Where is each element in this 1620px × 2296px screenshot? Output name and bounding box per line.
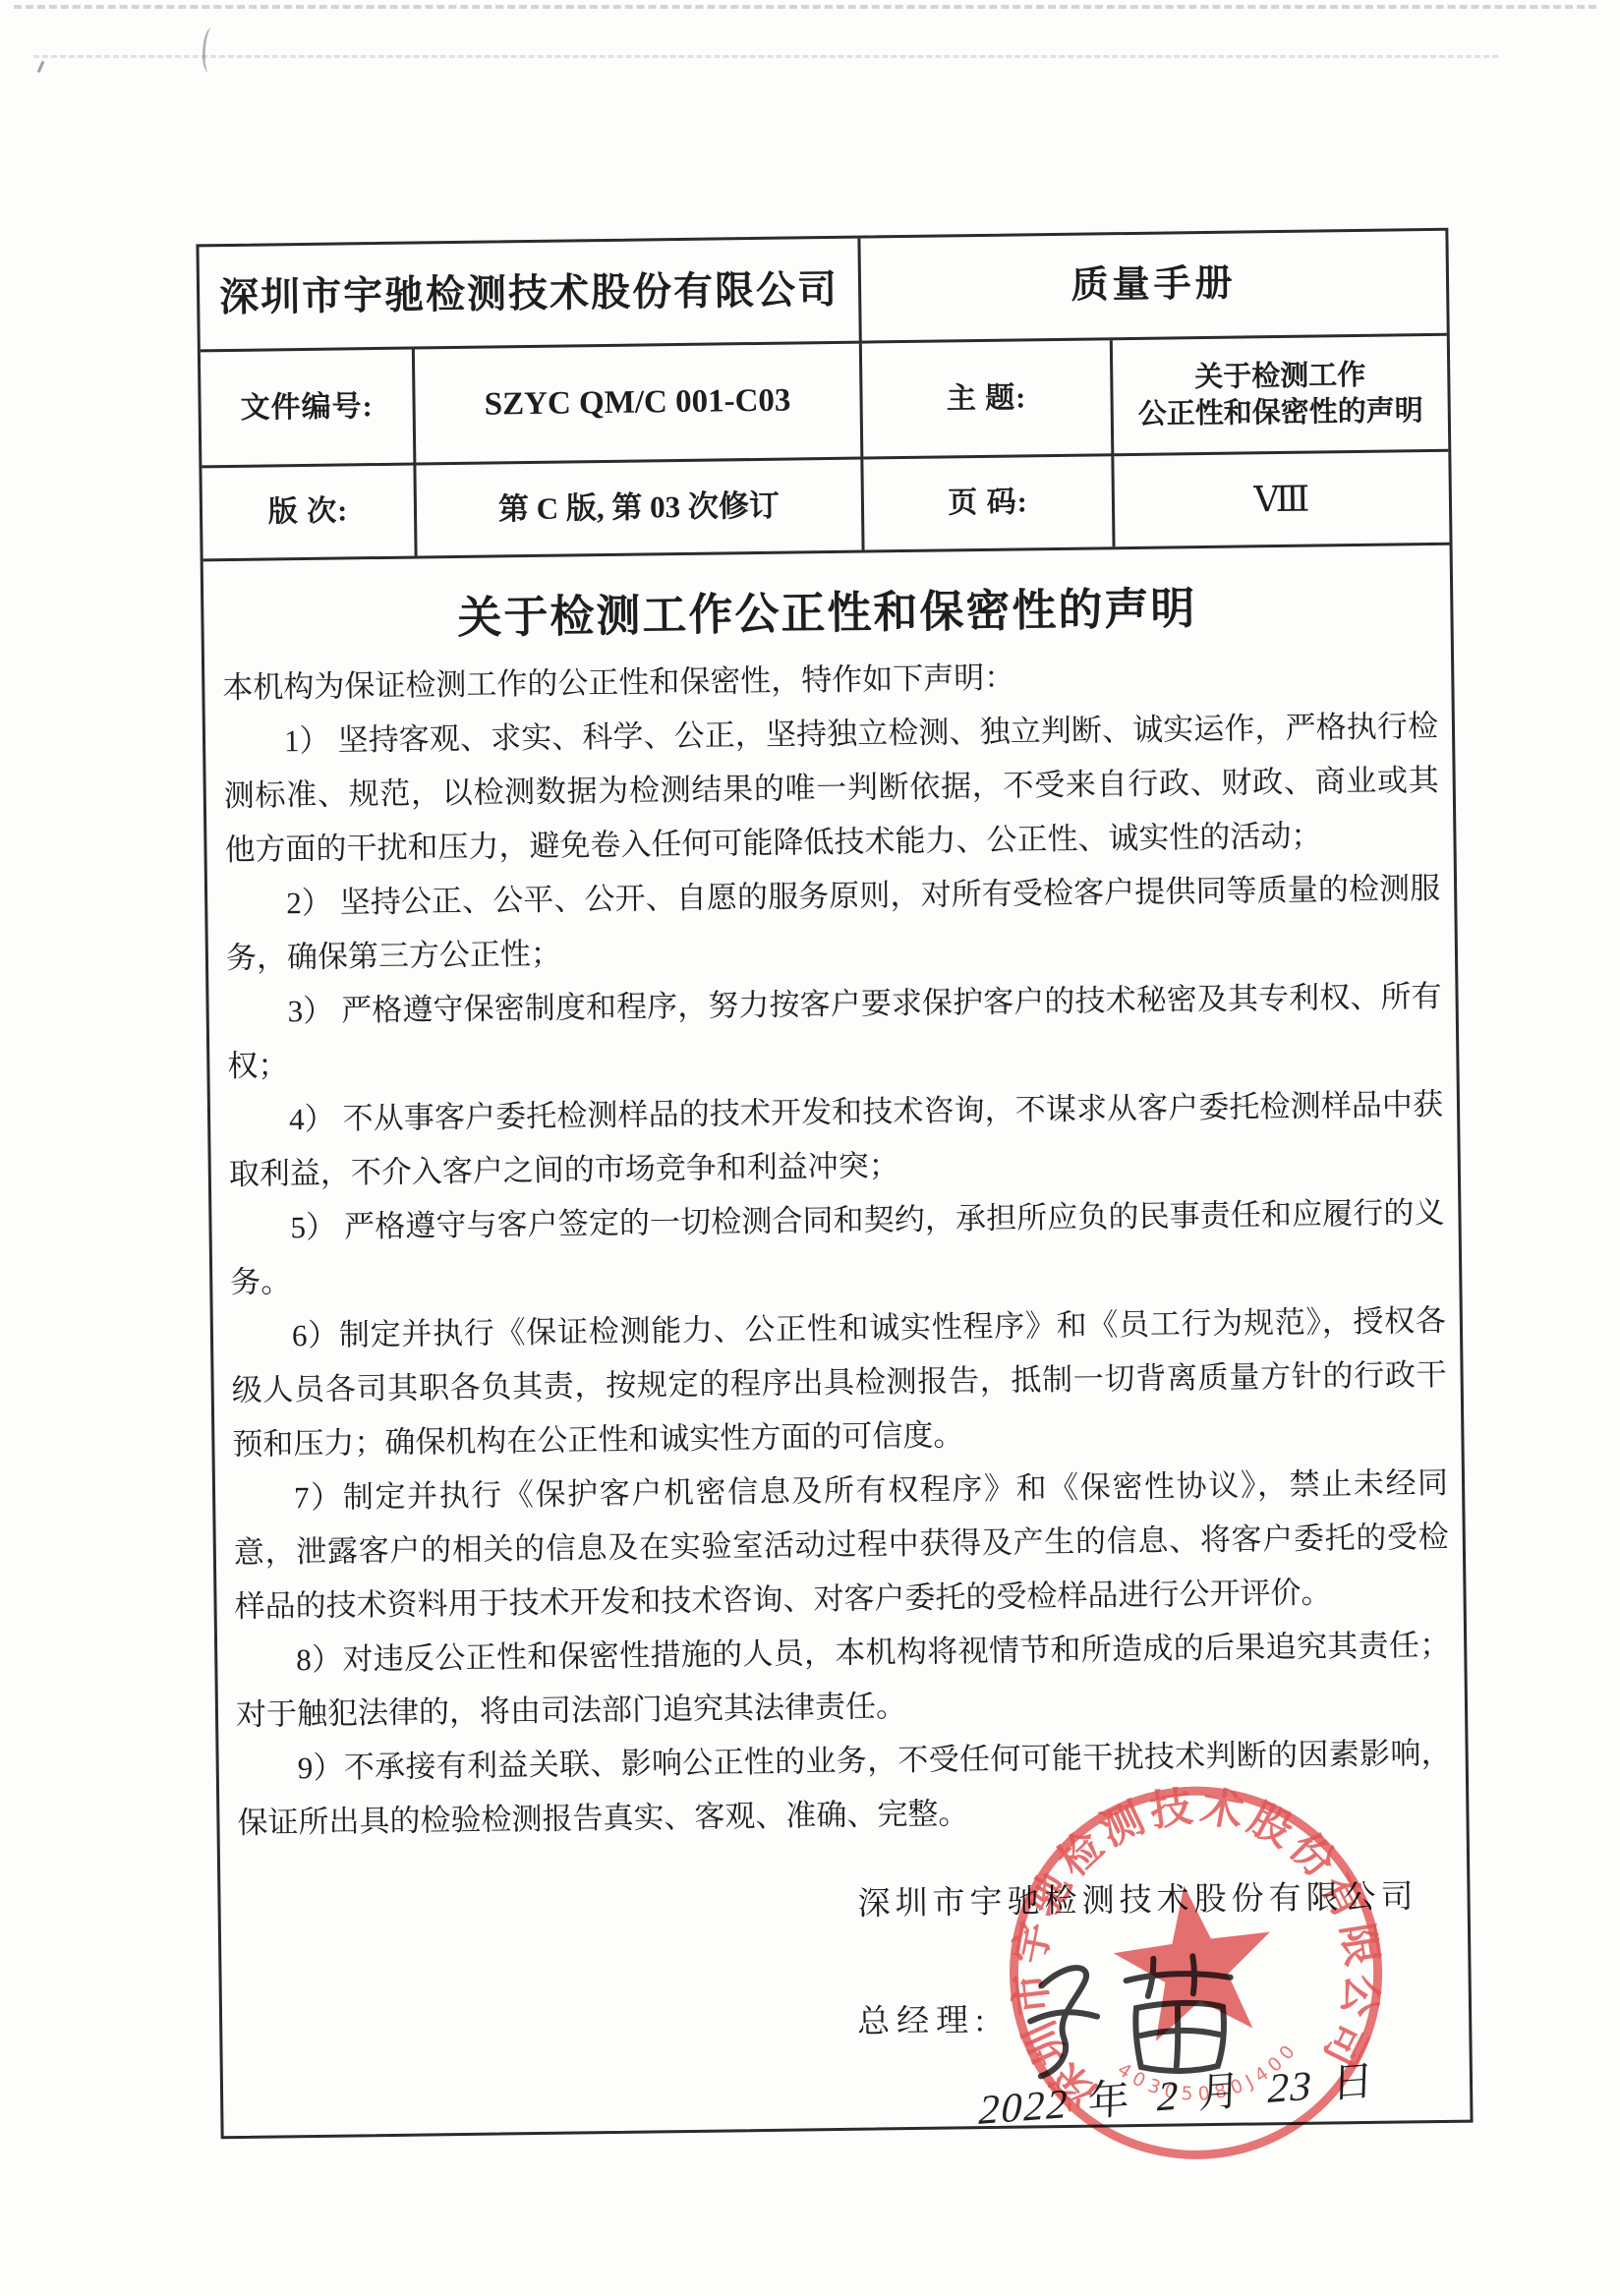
subject-label-cell: 主 题: (862, 340, 1115, 459)
general-manager-label: 总经理: (857, 1994, 992, 2042)
company-name-cell: 深圳市宇驰检测技术股份有限公司 (199, 239, 861, 353)
subject-line-2: 公正性和保密性的声明 (1138, 393, 1423, 432)
clause-1: 1） 坚持客观、求实、科学、公正，坚持独立检测、独立判断、诚实运作，严格执行检测… (223, 699, 1440, 877)
date-day-unit: 日 (1331, 2058, 1382, 2107)
quality-manual-sheet: 深圳市宇驰检测技术股份有限公司 质量手册 文件编号: SZYC QM/C 001… (196, 228, 1473, 2140)
scan-artifact-mark (201, 27, 222, 73)
subject-line-1: 关于检测工作 (1194, 358, 1365, 396)
doc-no-value-cell: SZYC QM/C 001-C03 (415, 344, 864, 466)
scanned-page: { "header_table": { "company_name": "深圳市… (0, 0, 1620, 2296)
document-title: 关于检测工作公正性和保密性的声明 (203, 569, 1451, 650)
clause-8: 8）对违反公正性和保密性措施的人员，本机构将视情节和所造成的后果追究其责任；对于… (235, 1618, 1451, 1742)
scan-artifact-tick (37, 61, 45, 73)
handwritten-signature (1019, 1945, 1277, 2095)
clause-7: 7）制定并执行《保护客户机密信息及所有权程序》和《保密性协议》，禁止未经同意，泄… (233, 1456, 1450, 1634)
declaration-body: 本机构为保证检测工作的公正性和保密性，特作如下声明： 1） 坚持客观、求实、科学… (204, 645, 1467, 1850)
scan-artifact-dashes-top (14, 5, 1596, 9)
version-value-cell: 第 C 版, 第 03 次修订 (416, 460, 864, 556)
version-label-cell: 版 次: (202, 466, 417, 559)
header-table: 深圳市宇驰检测技术股份有限公司 质量手册 文件编号: SZYC QM/C 001… (199, 231, 1449, 562)
manual-title-cell: 质量手册 (860, 231, 1446, 344)
clause-3: 3） 严格遵守保密制度和程序，努力按客户要求保护客户的技术秘密及其专利权、所有权… (226, 969, 1442, 1093)
clause-6: 6）制定并执行《保证检测能力、公正性和诚实性程序》和《员工行为规范》，授权各级人… (231, 1293, 1448, 1471)
page-number-cell: Ⅷ (1114, 452, 1449, 546)
subject-value-cell: 关于检测工作 公正性和保密性的声明 (1113, 336, 1449, 456)
clause-2: 2） 坚持公正、公平、公开、自愿的服务原则，对所有受检客户提供同等质量的检测服务… (225, 861, 1441, 985)
clause-5: 5） 严格遵守与客户签定的一切检测合同和契约，承担所应负的民事责任和应履行的义务… (229, 1185, 1445, 1309)
clause-4: 4） 不从事客户委托检测样品的技术开发和技术咨询，不谋求从客户委托检测样品中获取… (228, 1077, 1444, 1201)
doc-no-label-cell: 文件编号: (201, 350, 417, 469)
scan-artifact-dashes (33, 55, 1498, 58)
page-label-cell: 页 码: (863, 456, 1115, 549)
